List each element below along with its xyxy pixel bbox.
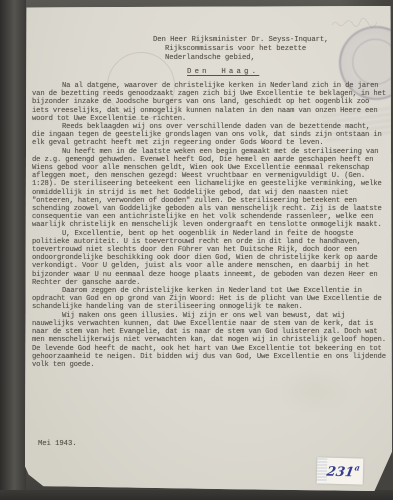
letter-body: Na al datgene, waarover de christelijke … <box>32 82 386 369</box>
archive-label-sticker: 231a <box>317 457 364 484</box>
letter-paragraph: U, Excellentie, bent op het oogenblik in… <box>32 230 386 287</box>
document-page: Den Heer Rijksminister Dr. Seyss-Inquart… <box>25 6 392 493</box>
photo-backdrop-left <box>0 0 26 500</box>
photograph-of-letter: Den Heer Rijksminister Dr. Seyss-Inquart… <box>0 0 393 500</box>
letter-paragraph: Reeds beklaagden wij ons over verschille… <box>32 123 386 148</box>
letter-paragraph: Nu heeft men in de laatste weken een beg… <box>32 148 386 230</box>
recipient-city-line: Den Haag. <box>187 68 373 77</box>
pencil-annotation-icon <box>330 16 380 30</box>
date-line: Mei 1943. <box>38 440 77 448</box>
recipient-line: Nederlandsche gebied, <box>165 54 373 63</box>
recipient-line: Den Heer Rijksminister Dr. Seyss-Inquart… <box>153 36 373 45</box>
photo-backdrop-bottom <box>0 490 393 500</box>
archive-label-number: 231a <box>325 463 360 480</box>
paper-stain <box>275 366 355 416</box>
recipient-address-block: Den Heer Rijksminister Dr. Seyss-Inquart… <box>153 36 373 77</box>
letter-paragraph: Wij maken ons geen illusies. Wij zijn er… <box>32 312 386 369</box>
recipient-line: Rijkscommissaris voor het bezette <box>165 45 373 54</box>
letter-paragraph: Na al datgene, waarover de christelijke … <box>32 82 386 123</box>
letter-paragraph: Daarom zeggen de christelijke kerken in … <box>32 287 386 312</box>
